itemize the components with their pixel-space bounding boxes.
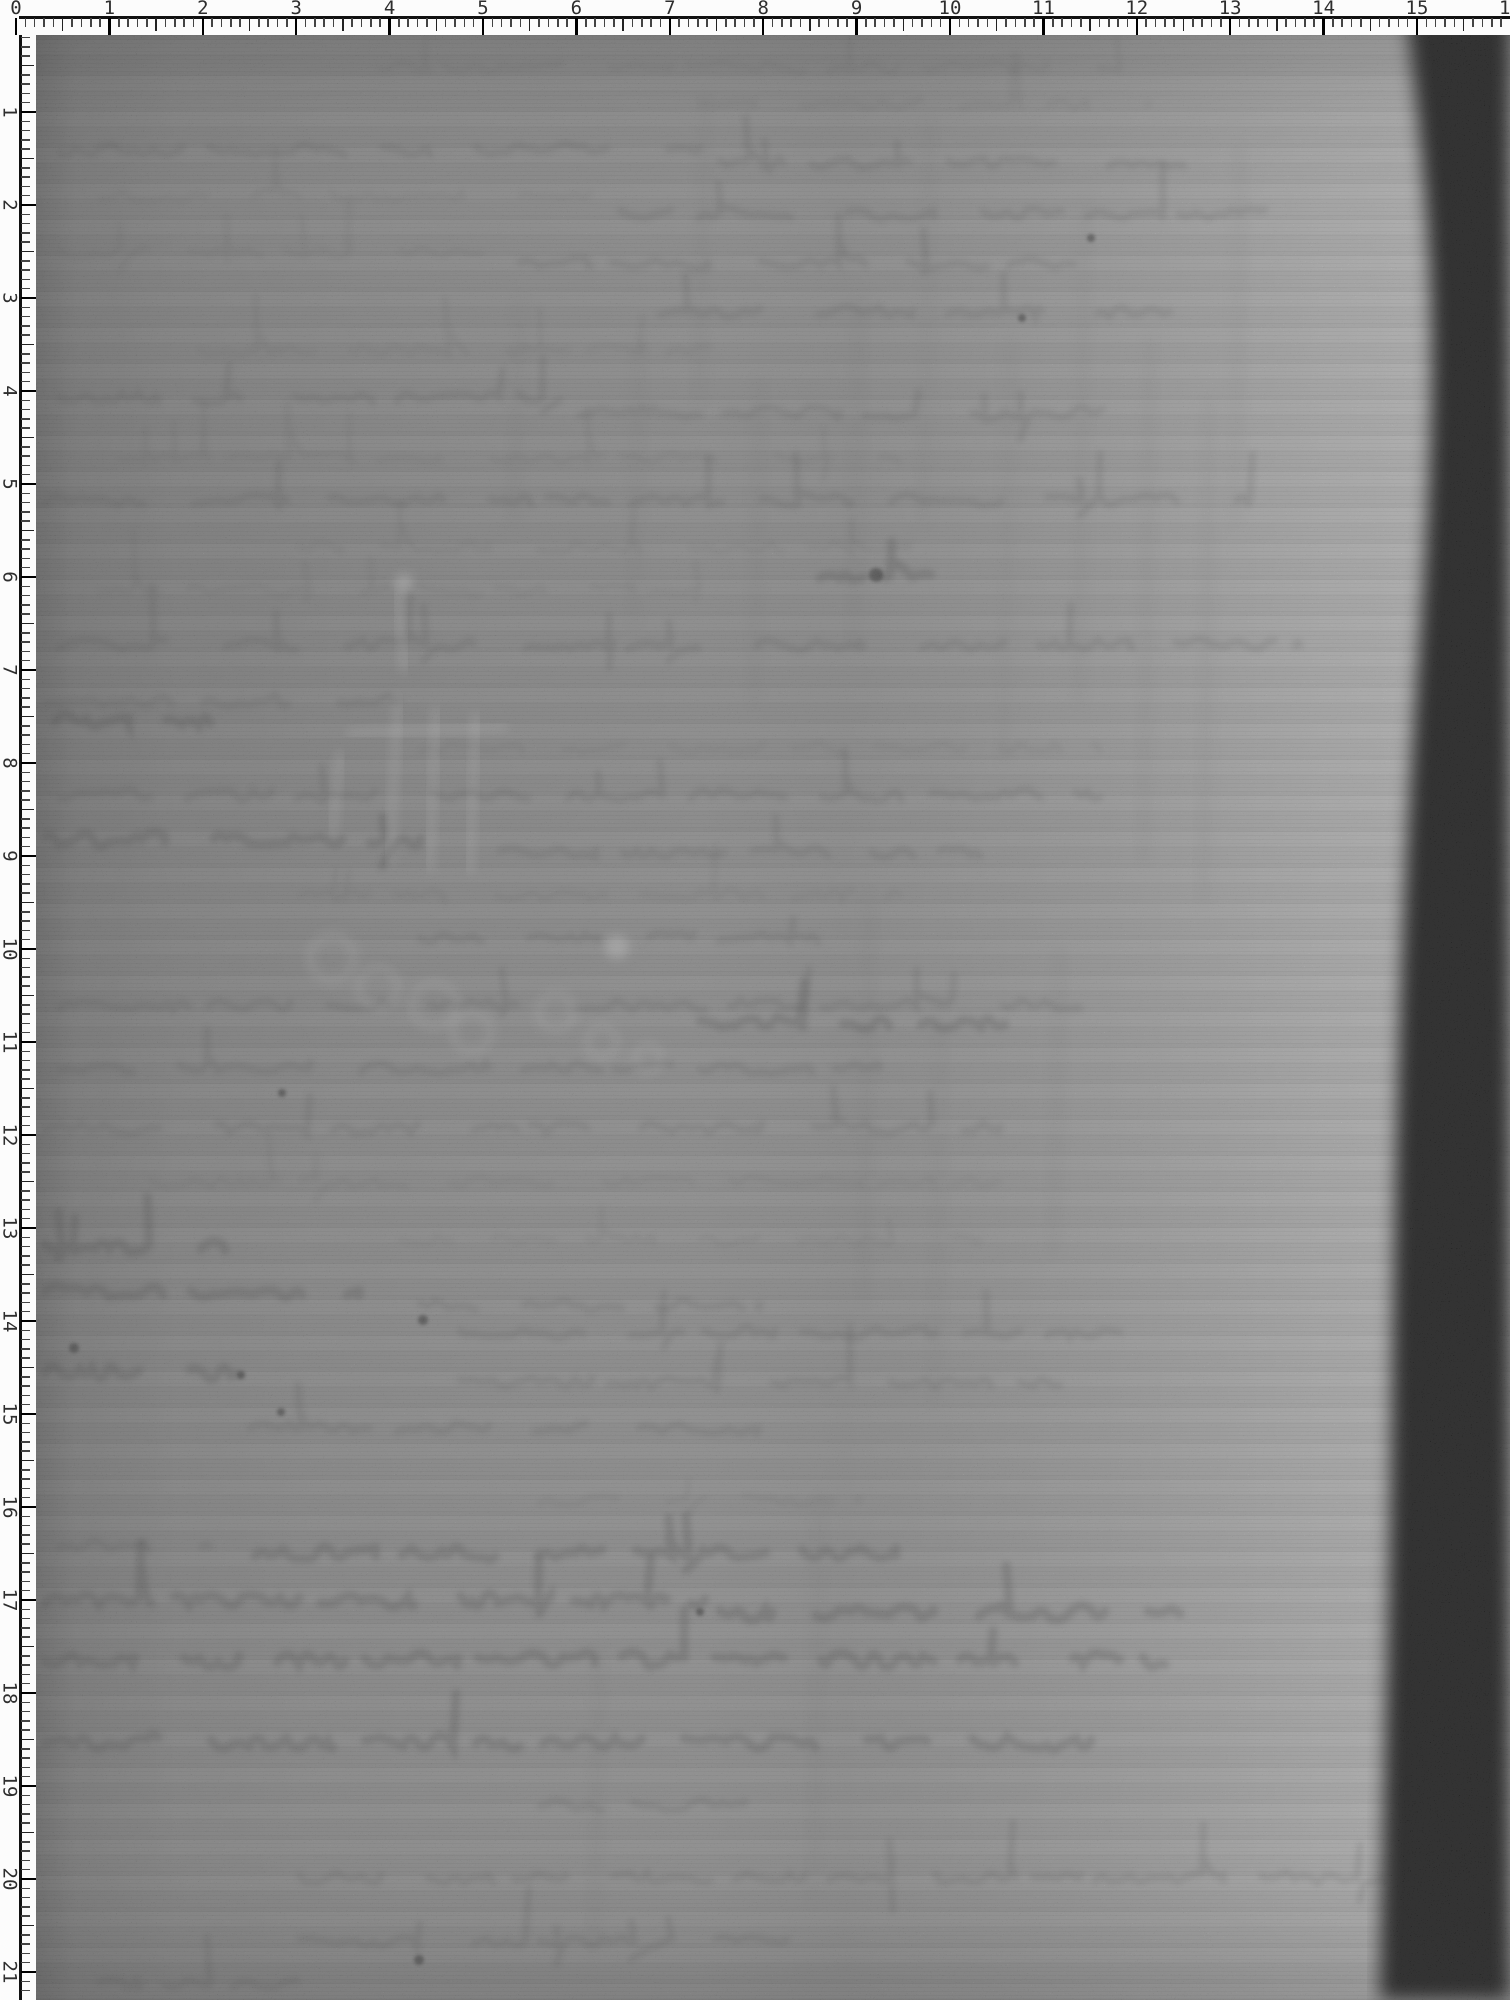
ruler-tick	[678, 18, 680, 27]
ruler-tick	[21, 613, 30, 615]
ruler-tick	[21, 1729, 30, 1731]
ruler-left-label: 9	[0, 850, 19, 861]
ruler-tick	[21, 214, 30, 216]
ruler-tick	[716, 18, 718, 31]
ruler-tick	[744, 18, 746, 27]
ruler-left-label: 19	[0, 1775, 19, 1798]
ruler-tick	[1295, 18, 1297, 27]
ruler-tick	[62, 18, 64, 31]
ruler-tick	[21, 1274, 34, 1276]
ruler-tick	[837, 18, 839, 27]
ruler-tick	[734, 18, 736, 27]
ruler-left-label: 1	[0, 106, 19, 117]
ruler-tick	[21, 948, 36, 950]
ruler-top-label: 15	[1406, 0, 1429, 18]
ruler-left-label: 17	[0, 1589, 19, 1612]
ruler-tick	[21, 958, 30, 960]
ruler-tick	[90, 18, 92, 27]
ruler-tick	[846, 18, 848, 27]
ruler-tick	[1351, 18, 1353, 27]
ruler-tick	[21, 1711, 30, 1713]
ruler-tick	[1463, 18, 1465, 31]
ruler-tick	[21, 985, 30, 987]
ruler-tick	[21, 1869, 30, 1871]
ruler-tick	[21, 1088, 34, 1090]
ruler-tick	[21, 641, 30, 643]
ruler-top-label: 14	[1312, 0, 1335, 18]
ruler-tick	[379, 18, 381, 27]
ruler-tick	[725, 18, 727, 27]
ruler-tick	[884, 18, 886, 27]
ruler-tick	[21, 1450, 30, 1452]
ruler-tick	[874, 18, 876, 27]
ruler-tick	[21, 167, 30, 169]
ruler-tick	[21, 241, 30, 243]
ruler-tick	[21, 632, 30, 634]
ruler-tick	[21, 1990, 30, 1992]
ruler-top-label: 10	[939, 0, 962, 18]
ruler-tick	[258, 18, 260, 27]
ruler-tick	[828, 18, 830, 27]
ruler-tick	[660, 18, 662, 27]
ruler-tick	[21, 1013, 30, 1015]
ruler-tick	[21, 1888, 30, 1890]
ruler-tick	[21, 111, 36, 113]
ruler-tick	[21, 576, 36, 578]
ruler-tick	[613, 18, 615, 27]
ruler-tick	[21, 37, 30, 39]
ruler-tick	[21, 976, 30, 978]
ruler-tick	[21, 316, 30, 318]
top-ruler: 012345678910111213141516	[0, 0, 1510, 35]
ruler-tick	[21, 1776, 30, 1778]
ruler-tick	[295, 18, 297, 35]
ruler-tick	[492, 18, 494, 27]
ruler-tick	[21, 93, 30, 95]
ruler-tick	[314, 18, 316, 27]
ruler-tick	[1454, 18, 1456, 27]
ruler-tick	[21, 1023, 30, 1025]
ruler-tick	[21, 297, 36, 299]
ruler-tick	[155, 18, 157, 31]
ruler-tick	[21, 1060, 30, 1062]
ruler-tick	[1145, 18, 1147, 27]
ruler-tick	[407, 18, 409, 27]
ruler-tick	[21, 1822, 30, 1824]
ruler-top-label: 16	[1499, 0, 1510, 18]
ruler-tick	[706, 18, 708, 27]
ruler-tick	[21, 1097, 30, 1099]
ruler-tick	[21, 1311, 30, 1313]
ruler-top-label: 9	[851, 0, 862, 18]
ruler-top-label: 13	[1219, 0, 1242, 18]
ruler-tick	[1005, 18, 1007, 27]
ruler-left-label: 4	[0, 385, 19, 396]
ruler-tick	[21, 1460, 34, 1462]
ruler-tick	[464, 18, 466, 27]
ruler-tick	[21, 1497, 30, 1499]
ruler-tick	[21, 1683, 30, 1685]
ruler-tick	[510, 18, 512, 27]
ruler-tick	[21, 1813, 30, 1815]
ruler-tick	[21, 846, 30, 848]
ruler-tick	[753, 18, 755, 27]
ruler-tick	[669, 18, 671, 35]
ruler-tick	[1276, 18, 1278, 31]
ruler-tick	[21, 186, 30, 188]
ruler-tick	[21, 483, 36, 485]
ruler-tick	[21, 1469, 30, 1471]
ruler-tick	[21, 1609, 30, 1611]
ruler-tick	[436, 18, 438, 31]
ruler-tick	[1164, 18, 1166, 27]
ruler-tick	[1061, 18, 1063, 27]
ruler-tick	[21, 1162, 30, 1164]
ruler-tick	[21, 1153, 30, 1155]
ruler-left-label: 3	[0, 292, 19, 303]
ruler-tick	[21, 725, 30, 727]
ruler-tick	[21, 1330, 30, 1332]
ruler-tick	[1071, 18, 1073, 27]
ruler-tick	[21, 288, 30, 290]
ruler-tick	[996, 18, 998, 31]
ruler-tick	[21, 1692, 36, 1694]
ruler-tick	[473, 18, 475, 27]
film-grain-light	[36, 35, 1510, 2000]
ruler-tick	[790, 18, 792, 27]
ruler-tick	[21, 1144, 30, 1146]
ruler-tick	[21, 669, 36, 671]
ruler-tick	[21, 539, 30, 541]
ruler-tick	[34, 18, 36, 27]
ruler-tick	[21, 772, 30, 774]
ruler-tick	[632, 18, 634, 27]
ruler-tick	[1015, 18, 1017, 27]
ruler-tick	[1117, 18, 1119, 27]
ruler-tick	[398, 18, 400, 27]
ruler-tick	[1491, 18, 1493, 27]
ruler-tick	[21, 651, 30, 653]
ruler-tick	[21, 400, 30, 402]
ruler-tick	[21, 1655, 30, 1657]
ruler-tick	[566, 18, 568, 27]
ruler-tick	[1360, 18, 1362, 27]
ruler-tick	[21, 427, 30, 429]
ruler-tick	[21, 697, 30, 699]
ruler-tick	[21, 176, 30, 178]
ruler-left-label: 5	[0, 478, 19, 489]
ruler-tick	[21, 604, 30, 606]
ruler-tick	[21, 344, 34, 346]
ruler-tick	[361, 18, 363, 27]
ruler-tick	[21, 1767, 30, 1769]
ruler-tick	[21, 1264, 30, 1266]
ruler-tick	[1257, 18, 1259, 27]
ruler-tick	[21, 1181, 34, 1183]
ruler-tick	[21, 1590, 30, 1592]
ruler-tick	[21, 1804, 30, 1806]
ruler-tick	[21, 1432, 30, 1434]
ruler-tick	[1201, 18, 1203, 27]
ruler-tick	[21, 1292, 30, 1294]
ruler-tick	[21, 558, 30, 560]
ruler-tick	[21, 1125, 30, 1127]
ruler-tick	[21, 1897, 30, 1899]
ruler-tick	[21, 1106, 30, 1108]
ruler-tick	[1500, 18, 1502, 27]
ruler-tick	[21, 744, 30, 746]
ruler-tick	[21, 855, 36, 857]
ruler-tick	[21, 1441, 30, 1443]
ruler-tick	[21, 1032, 30, 1034]
ruler-tick	[21, 455, 30, 457]
ruler-tick	[21, 1646, 34, 1648]
ruler-tick	[21, 995, 34, 997]
ruler-top-label: 6	[571, 0, 582, 18]
ruler-tick	[865, 18, 867, 27]
ruler-tick	[21, 55, 30, 57]
ruler-tick	[1042, 18, 1044, 35]
ruler-tick	[921, 18, 923, 27]
ruler-tick	[688, 18, 690, 27]
ruler-tick	[267, 18, 269, 27]
ruler-tick	[21, 874, 30, 876]
ruler-tick	[21, 679, 30, 681]
ruler-tick	[21, 706, 30, 708]
ruler-tick	[1229, 18, 1231, 35]
ruler-tick	[548, 18, 550, 27]
ruler-tick	[501, 18, 503, 27]
ruler-tick	[21, 865, 30, 867]
ruler-tick	[43, 18, 45, 27]
ruler-tick	[21, 1171, 30, 1173]
ruler-tick	[21, 204, 36, 206]
ruler-tick	[1155, 18, 1157, 27]
ruler-tick	[81, 18, 83, 27]
ruler-tick	[21, 809, 34, 811]
ruler-tick	[183, 18, 185, 27]
ruler-tick	[21, 139, 30, 141]
ruler-tick	[1024, 18, 1026, 27]
ruler-tick	[21, 1227, 36, 1229]
ruler-tick	[1416, 18, 1418, 35]
ruler-tick	[1052, 18, 1054, 27]
ruler-tick	[21, 437, 34, 439]
ruler-tick	[351, 18, 353, 27]
ruler-tick	[21, 1832, 34, 1834]
ruler-tick	[1304, 18, 1306, 27]
ruler-tick	[21, 1525, 30, 1527]
ruler-tick	[21, 511, 30, 513]
ruler-tick	[1472, 18, 1474, 27]
ruler-tick	[21, 223, 30, 225]
ruler-tick	[193, 18, 195, 27]
ruler-tick	[21, 1506, 36, 1508]
ruler-tick	[21, 362, 30, 364]
ruler-tick	[221, 18, 223, 27]
ruler-tick	[21, 1078, 30, 1080]
ruler-tick	[21, 818, 30, 820]
ruler-tick	[99, 18, 101, 27]
ruler-tick	[21, 1395, 30, 1397]
ruler-tick	[21, 1385, 30, 1387]
ruler-tick	[21, 1376, 30, 1378]
ruler-tick	[146, 18, 148, 27]
ruler-tick	[21, 65, 34, 67]
ruler-tick	[800, 18, 802, 27]
ruler-tick	[21, 595, 30, 597]
ruler-left-label: 6	[0, 571, 19, 582]
ruler-tick	[21, 1599, 36, 1601]
ruler-tick	[21, 232, 30, 234]
ruler-tick	[21, 1339, 30, 1341]
ruler-tick	[21, 1878, 36, 1880]
ruler-tick	[1127, 18, 1129, 27]
ruler-tick	[21, 1041, 36, 1043]
ruler-tick	[520, 18, 522, 27]
ruler-tick	[21, 1478, 30, 1480]
ruler-tick	[21, 1850, 30, 1852]
ruler-tick	[21, 1116, 30, 1118]
ruler-tick	[21, 325, 30, 327]
ruler-tick	[968, 18, 970, 27]
ruler-top-label: 4	[384, 0, 395, 18]
ruler-tick	[21, 1748, 30, 1750]
ruler-tick	[529, 18, 531, 31]
ruler-tick	[21, 307, 30, 309]
ruler-tick	[21, 1720, 30, 1722]
ruler-tick	[959, 18, 961, 27]
ruler-tick	[21, 1246, 30, 1248]
ruler-tick	[1398, 18, 1400, 27]
ruler-top-label: 7	[664, 0, 675, 18]
ruler-top-label: 1	[104, 0, 115, 18]
ruler-left-label: 10	[0, 938, 19, 961]
ruler-tick	[165, 18, 167, 27]
ruler-tick	[388, 18, 390, 35]
ruler-tick	[21, 1860, 30, 1862]
ruler-tick	[21, 762, 36, 764]
ruler-tick	[21, 121, 30, 123]
ruler-tick	[21, 1423, 30, 1425]
ruler-tick	[21, 1636, 30, 1638]
ruler-tick	[21, 1785, 36, 1787]
ruler-tick	[21, 1516, 30, 1518]
ruler-tick	[21, 502, 30, 504]
ruler-tick	[641, 18, 643, 27]
ruler-left-label: 2	[0, 199, 19, 210]
ruler-tick	[21, 781, 30, 783]
ruler-tick	[1444, 18, 1446, 27]
ruler-tick	[25, 18, 27, 27]
ruler-tick	[21, 1664, 30, 1666]
ruler-tick	[305, 18, 307, 27]
ruler-tick	[333, 18, 335, 27]
ruler-tick	[1192, 18, 1194, 27]
ruler-tick	[21, 1051, 30, 1053]
ruler-tick	[21, 660, 30, 662]
scan-viewport: 123456789101112131415161718192021 012345…	[0, 0, 1510, 2000]
ruler-tick	[21, 530, 34, 532]
ruler-tick	[21, 1757, 30, 1759]
ruler-tick	[323, 18, 325, 27]
ruler-tick	[249, 18, 251, 31]
ruler-tick	[21, 1674, 30, 1676]
ruler-tick	[1379, 18, 1381, 27]
ruler-tick	[21, 1925, 34, 1927]
page-artwork	[0, 0, 1510, 2000]
ruler-tick	[21, 753, 30, 755]
ruler-tick	[21, 930, 30, 932]
ruler-top-label: 5	[477, 0, 488, 18]
ruler-tick	[21, 1934, 30, 1936]
ruler-tick	[482, 18, 484, 35]
ruler-top-label: 2	[197, 0, 208, 18]
ruler-tick	[118, 18, 120, 27]
ruler-tick	[239, 18, 241, 27]
ruler-tick	[21, 1190, 30, 1192]
ruler-tick	[585, 18, 587, 27]
ruler-tick	[21, 130, 30, 132]
ruler-tick	[21, 1981, 30, 1983]
ruler-tick	[21, 1795, 30, 1797]
ruler-tick	[21, 1739, 34, 1741]
ruler-top-label: 8	[757, 0, 768, 18]
ruler-tick	[21, 883, 30, 885]
ruler-tick	[21, 1841, 30, 1843]
ruler-left-label: 8	[0, 757, 19, 768]
ruler-tick	[15, 18, 17, 35]
ruler-tick	[1099, 18, 1101, 27]
ruler-tick	[426, 18, 428, 27]
ruler-tick	[127, 18, 129, 27]
ruler-tick	[1322, 18, 1324, 35]
left-ruler: 123456789101112131415161718192021	[0, 0, 36, 2000]
ruler-tick	[21, 1404, 30, 1406]
ruler-tick	[949, 18, 951, 35]
ruler-tick	[1089, 18, 1091, 31]
ruler-tick	[21, 334, 30, 336]
ruler-left-label: 11	[0, 1031, 19, 1054]
ruler-tick	[1388, 18, 1390, 27]
ruler-tick	[818, 18, 820, 27]
ruler-tick	[21, 1255, 30, 1257]
ruler-left-label: 20	[0, 1868, 19, 1891]
ruler-tick	[809, 18, 811, 31]
ruler-tick	[1341, 18, 1343, 27]
ruler-tick	[21, 409, 30, 411]
ruler-tick	[21, 1562, 30, 1564]
ruler-tick	[21, 102, 30, 104]
ruler-tick	[21, 892, 30, 894]
ruler-tick	[174, 18, 176, 27]
ruler-tick	[71, 18, 73, 27]
ruler-tick	[21, 586, 30, 588]
ruler-tick	[604, 18, 606, 27]
ruler-tick	[21, 381, 30, 383]
ruler-tick	[912, 18, 914, 27]
ruler-tick	[1136, 18, 1138, 35]
ruler-tick	[202, 18, 204, 35]
ruler-tick	[697, 18, 699, 27]
ruler-top-label: 11	[1032, 0, 1055, 18]
ruler-tick	[21, 1488, 30, 1490]
ruler-top-label: 0	[10, 0, 21, 18]
ruler-tick	[21, 1283, 30, 1285]
ruler-tick	[1332, 18, 1334, 27]
ruler-tick	[21, 1581, 30, 1583]
ruler-tick	[21, 911, 30, 913]
